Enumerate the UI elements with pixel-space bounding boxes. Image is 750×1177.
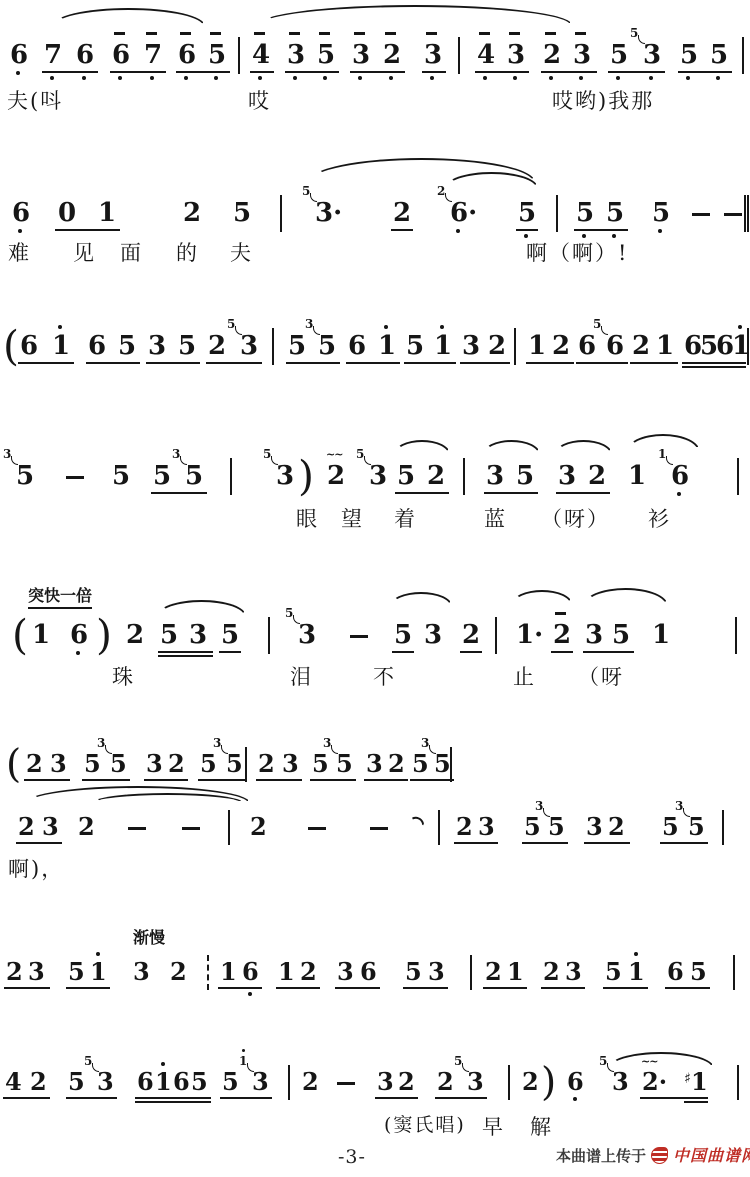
barline (238, 37, 240, 74)
note: 2 (6, 960, 23, 984)
barline (737, 458, 739, 495)
note-digit: 3 (352, 40, 370, 70)
beam-underline (86, 362, 140, 364)
beam-underline (286, 362, 340, 364)
grace-note-tail (271, 456, 278, 465)
slur (555, 440, 612, 454)
note: 3 (366, 752, 383, 776)
dash-above-mark (210, 32, 221, 35)
note: 2 (26, 752, 43, 776)
beam-underline (640, 1097, 708, 1099)
note: 2 (250, 815, 267, 839)
barline (747, 328, 749, 365)
note: 1 (98, 200, 116, 226)
barline (495, 617, 497, 654)
note-digit: 5 (605, 957, 622, 986)
barline (458, 37, 460, 74)
note: 6 (76, 42, 94, 68)
note-digit: 5 (178, 331, 196, 361)
note-digit: 3 (133, 957, 150, 986)
note-digit: 5 (233, 198, 251, 228)
note: 5 (208, 42, 226, 68)
barline (735, 617, 737, 654)
note: 61 (671, 463, 689, 489)
note-digit: 6· (450, 198, 477, 228)
tremolo-mark: ~~ (326, 449, 342, 460)
beam-underline (410, 779, 454, 781)
note-digit: 2 (78, 812, 95, 841)
note-digit: 2 (437, 1067, 454, 1096)
note: 2 (18, 815, 35, 839)
duration-dash (724, 213, 742, 216)
note-digit: 2 (18, 812, 35, 841)
note-digit: 5 (336, 749, 353, 778)
barline (272, 328, 274, 365)
note-digit: 3· (315, 198, 342, 228)
dash-above-mark (114, 32, 125, 35)
note: 35 (643, 42, 661, 68)
note-digit: 5 (68, 1067, 85, 1096)
octave-dot-above (161, 1062, 165, 1066)
note-digit: 1 (220, 957, 237, 986)
barline (556, 195, 558, 232)
note: 3 (287, 42, 305, 68)
note-digit: 5 (576, 198, 594, 228)
note: 2 (170, 960, 187, 984)
note: 6 (178, 42, 196, 68)
lyric: 解 (530, 1114, 553, 1140)
octave-dot-below (686, 76, 690, 80)
note-digit: 2 (632, 331, 650, 361)
slur (258, 5, 572, 25)
beam-underline (285, 71, 339, 73)
octave-dot-below (573, 1097, 577, 1101)
note: 1 (507, 960, 524, 984)
beam-underline (198, 779, 246, 781)
beam-underline (522, 842, 568, 844)
note: 35 (612, 1070, 629, 1094)
beam-underline (220, 1097, 272, 1099)
beam-underline (364, 779, 408, 781)
dashed-barline (207, 955, 209, 990)
note: 2 (183, 200, 201, 226)
beam-underline (18, 362, 74, 364)
note: 5 (710, 42, 728, 68)
octave-dot-above (440, 325, 444, 329)
beam-underline (24, 779, 70, 781)
dash-above-mark (254, 32, 265, 35)
beam-underline (346, 362, 400, 364)
note-digit: 2 (170, 957, 187, 986)
note: 1 (220, 960, 237, 984)
note: 2 (208, 333, 226, 359)
note-digit: 5 (434, 749, 451, 778)
note-digit: 5 (652, 198, 670, 228)
grace-note-tail (180, 456, 187, 465)
octave-dot-below (214, 76, 218, 80)
note-digit: 1 (652, 620, 670, 650)
note-digit: 2 (393, 198, 411, 228)
octave-dot-below (16, 71, 20, 75)
note: 2 (393, 200, 411, 226)
watermark-site-name: 中国曲谱网 (673, 1146, 750, 1165)
barline (280, 195, 282, 232)
lyric: 着 (394, 506, 417, 532)
lyric: 夫(呌 (7, 88, 63, 114)
beam-underline (526, 362, 574, 364)
parenthesis: ( (6, 745, 21, 784)
note-digit: 6 (348, 331, 366, 361)
note: 3 (28, 960, 45, 984)
note-digit: 1 (278, 957, 295, 986)
note: 2 (632, 333, 650, 359)
note-digit: 2 (543, 957, 560, 986)
note: 2 (552, 333, 570, 359)
barline (733, 955, 735, 990)
beam-underline (158, 651, 213, 653)
slur (52, 8, 205, 26)
beam-underline (576, 362, 628, 364)
barline (514, 328, 516, 365)
note-digit: 6 (12, 198, 30, 228)
note-digit: 3 (507, 40, 525, 70)
slur (390, 592, 452, 606)
note: 1 (52, 333, 70, 359)
octave-dot-below (582, 234, 586, 238)
note-digit: 1 (90, 957, 107, 986)
note-digit: 5 (118, 331, 136, 361)
note: 3 (573, 42, 591, 68)
note-digit: 6 (137, 1067, 154, 1096)
note: 53 (226, 752, 243, 776)
note-digit: 3 (298, 620, 316, 650)
note-digit: 2 (183, 198, 201, 228)
lyric: 不 (373, 664, 396, 690)
note: 35 (369, 463, 387, 489)
octave-dot-below (658, 229, 662, 233)
note-digit: 2 (543, 40, 561, 70)
note-digit: 2 (456, 812, 473, 841)
note: 2 (456, 815, 473, 839)
beam-underline (66, 1097, 117, 1099)
beam-underline (16, 842, 62, 844)
note-digit: 3 (424, 40, 442, 70)
tremolo-mark: ~~ (641, 1056, 657, 1067)
note: 3 (337, 960, 354, 984)
note-digit: 5 (606, 198, 624, 228)
note-digit: 5 (690, 957, 707, 986)
grace-note-tail (331, 745, 338, 754)
note-digit: 6 (567, 1067, 584, 1096)
dash-above-mark (180, 32, 191, 35)
note: 3 (148, 333, 166, 359)
note-digit: 5 (226, 749, 243, 778)
octave-dot-below (323, 76, 327, 80)
beam-underline (541, 987, 585, 989)
note-digit: 7 (44, 40, 62, 70)
lyric: 止 (513, 664, 536, 690)
octave-dot-below (258, 76, 262, 80)
note: 1 (628, 960, 645, 984)
note: 7 (44, 42, 62, 68)
beam-underline (82, 779, 130, 781)
octave-dot-below (616, 76, 620, 80)
note: 5 (112, 463, 130, 489)
note: 3 (282, 752, 299, 776)
beam-underline (218, 987, 262, 989)
note-digit: 2 (250, 812, 267, 841)
note: 6 (348, 333, 366, 359)
note-digit: 1 (434, 331, 452, 361)
lyric: 早 (482, 1114, 505, 1140)
note-digit: 1 (628, 461, 646, 491)
note: 3 (428, 960, 445, 984)
note-digit: 4 (5, 1067, 22, 1096)
note: 2 (398, 1070, 415, 1094)
note-digit: 5 (153, 461, 171, 491)
note: 5 (405, 960, 422, 984)
slur (157, 600, 246, 616)
note: 53 (110, 752, 127, 776)
grace-note-tail (92, 1063, 99, 1072)
grace-note-tail (601, 326, 608, 335)
note: 6 (667, 960, 684, 984)
note-digit: 2 (300, 957, 317, 986)
note: 3 (507, 42, 525, 68)
note-digit: 5 (288, 331, 306, 361)
octave-dot-below (50, 76, 54, 80)
note: 65 (606, 333, 624, 359)
note: 5 (690, 960, 707, 984)
grace-octave-dot (242, 1049, 245, 1052)
beam-underline (395, 492, 449, 494)
octave-dot-below (549, 76, 553, 80)
note: 2 (543, 42, 561, 68)
note-digit: 6 (578, 331, 596, 361)
grace-note-tail (683, 808, 690, 817)
note: 5 (605, 960, 622, 984)
beam-underline (55, 229, 120, 231)
note-digit: 6 (88, 331, 106, 361)
duration-dash (66, 476, 84, 479)
note: 5 (394, 622, 412, 648)
parenthesis: ) (298, 456, 314, 497)
grace-note-tail (313, 326, 320, 335)
grace-note-tail (11, 456, 18, 465)
beam-underline (135, 1101, 211, 1103)
note-digit: 5 (688, 812, 705, 841)
lyric: 珠 (112, 664, 135, 690)
beam-underline (584, 842, 630, 844)
note: 6 (137, 1070, 154, 1094)
note-digit: 5 (312, 749, 329, 778)
beam-underline (484, 492, 538, 494)
duration-dash (182, 827, 200, 830)
barline (722, 810, 724, 845)
octave-dot-below (483, 76, 487, 80)
beam-underline (483, 987, 527, 989)
note-digit: 3 (148, 331, 166, 361)
note-digit: 3 (146, 749, 163, 778)
note: 53 (336, 752, 353, 776)
note: 35 (298, 622, 316, 648)
note-digit: 6 (667, 957, 684, 986)
note: 5 (524, 815, 541, 839)
note-digit: 1 (98, 198, 116, 228)
beam-underline (404, 362, 456, 364)
beam-underline (460, 362, 510, 364)
beam-underline (206, 362, 262, 364)
note-digit: 6 (360, 957, 377, 986)
lyric: 哎 (248, 88, 271, 114)
note-digit: 2 (485, 957, 502, 986)
note: 2 (168, 752, 185, 776)
octave-dot-above (634, 952, 638, 956)
grace-note-tail (543, 808, 550, 817)
note-digit: 2 (383, 40, 401, 70)
note: 3 (424, 622, 442, 648)
note-digit: 5 (710, 40, 728, 70)
octave-dot-above (738, 325, 742, 329)
beam-underline (551, 651, 573, 653)
grace-note-tail (462, 1063, 469, 1072)
barline (450, 747, 452, 782)
parenthesis: ) (96, 615, 112, 656)
note: 3 (42, 815, 59, 839)
note-digit: 5 (185, 461, 203, 491)
note-digit: 5 (318, 331, 336, 361)
parenthesis: ) (541, 1063, 556, 1102)
note: 6 (242, 960, 259, 984)
note-digit: 5 (406, 331, 424, 361)
barline (508, 1065, 510, 1100)
note-digit: 5 (16, 461, 34, 491)
note-digit: 1 (528, 331, 546, 361)
octave-dot-below (579, 76, 583, 80)
note: 2 (302, 1070, 319, 1094)
octave-dot-below (677, 492, 681, 496)
grace-note-tail (607, 1063, 614, 1072)
note-digit: 3 (50, 749, 67, 778)
dash-above-mark (509, 32, 520, 35)
beam-underline (556, 492, 610, 494)
octave-dot-below (649, 76, 653, 80)
note-digit: 3 (252, 1067, 269, 1096)
grace-note-tail (364, 456, 371, 465)
note-digit: 6 (606, 331, 624, 361)
note: 5 (662, 815, 679, 839)
beam-underline (256, 779, 302, 781)
note: 5 (178, 333, 196, 359)
note: 6 (578, 333, 596, 359)
dash-above-mark (426, 32, 437, 35)
note: 4 (477, 42, 495, 68)
note: 35 (467, 1070, 484, 1094)
note: 6 (112, 42, 130, 68)
note-digit: 5 (405, 957, 422, 986)
beam-underline (335, 987, 380, 989)
note-digit: 3 (282, 749, 299, 778)
note: 3 (586, 815, 603, 839)
note: 5 (612, 622, 630, 648)
note-digit: 3 (573, 40, 591, 70)
beam-underline (541, 71, 597, 73)
note-digit: 3 (428, 957, 445, 986)
octave-dot-below (612, 234, 616, 238)
note-digit: 2 (126, 620, 144, 650)
note: 3 (558, 463, 576, 489)
note: 5 (518, 200, 536, 226)
octave-dot-below (184, 76, 188, 80)
beam-underline (350, 71, 405, 73)
slur (394, 440, 450, 454)
note: 35 (97, 1070, 114, 1094)
note-digit: 3 (377, 1067, 394, 1096)
note-digit: 2 (6, 957, 23, 986)
page-number: -3- (338, 1148, 366, 1167)
beam-underline (574, 229, 628, 231)
octave-dot-below (513, 76, 517, 80)
note-digit: 1 (656, 331, 674, 361)
note: 5 (288, 333, 306, 359)
lyric: 衫 (648, 506, 671, 532)
beam-underline (110, 71, 166, 73)
note-digit: 5 (160, 620, 178, 650)
tempo-mark: 渐慢 (133, 928, 165, 948)
grace-note-tail (293, 615, 300, 624)
note: 5 (200, 752, 217, 776)
duration-dash (337, 1082, 355, 1085)
beam-underline (682, 366, 746, 368)
note: 53 (185, 463, 203, 489)
barline (230, 458, 232, 495)
note: 53 (318, 333, 336, 359)
note: 1 (155, 1070, 172, 1094)
note: 6 (10, 42, 28, 68)
beam-underline (375, 1097, 418, 1099)
note-digit: 5 (397, 461, 415, 491)
beam-underline (276, 987, 320, 989)
beam-underline (392, 651, 414, 653)
beam-underline (608, 71, 665, 73)
octave-dot-above (58, 325, 62, 329)
note: 5 (233, 200, 251, 226)
note-digit: 5 (221, 620, 239, 650)
note: 31 (252, 1070, 269, 1094)
beam-underline (630, 362, 678, 364)
lyric: (窦氏唱) (384, 1114, 466, 1138)
beam-underline (391, 229, 413, 231)
note: 2 (258, 752, 275, 776)
note: 4 (252, 42, 270, 68)
note-digit: 4 (477, 40, 495, 70)
octave-dot-below (150, 76, 154, 80)
duration-dash (128, 827, 146, 830)
lyric: 难 (8, 240, 31, 266)
beam-underline (158, 655, 213, 657)
octave-dot-below (248, 992, 252, 996)
note: 1 (434, 333, 452, 359)
dash-above-mark (354, 32, 365, 35)
lyric: 啊（啊）! (526, 240, 628, 266)
slur (512, 590, 572, 604)
note-digit: 2 (208, 331, 226, 361)
note: 2 (608, 815, 625, 839)
beam-underline (403, 987, 448, 989)
note: 3 (146, 752, 163, 776)
sharp-sign: ♯ (684, 1070, 691, 1087)
dash-above-mark (289, 32, 300, 35)
